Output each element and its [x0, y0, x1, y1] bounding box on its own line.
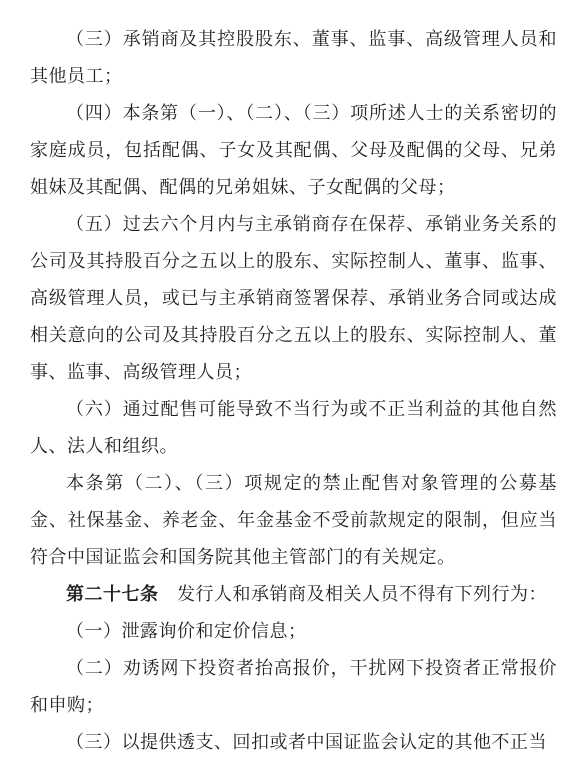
article-27-text: 发行人和承销商及相关人员不得有下列行为：: [159, 584, 548, 604]
prohibited-item-1-paragraph: （一）泄露询价和定价信息；: [30, 613, 557, 650]
prohibited-item-3-paragraph: （三）以提供透支、回扣或者中国证监会认定的其他不正当: [30, 724, 557, 761]
article-27-number: 第二十七条: [66, 584, 159, 604]
clause-5-paragraph: （五）过去六个月内与主承销商存在保荐、承销业务关系的公司及其持股百分之五以上的股…: [30, 206, 557, 391]
clause-4-paragraph: （四）本条第（一）、（二）、（三）项所述人士的关系密切的家庭成员，包括配偶、子女…: [30, 95, 557, 206]
article-27-paragraph: 第二十七条 发行人和承销商及相关人员不得有下列行为：: [30, 576, 557, 613]
prohibited-item-2-paragraph: （二）劝诱网下投资者抬高报价，干扰网下投资者正常报价和申购；: [30, 650, 557, 724]
document-page: （三）承销商及其控股股东、董事、监事、高级管理人员和其他员工； （四）本条第（一…: [0, 0, 587, 778]
clause-3-paragraph: （三）承销商及其控股股东、董事、监事、高级管理人员和其他员工；: [30, 21, 557, 95]
exemption-note-paragraph: 本条第（二）、（三）项规定的禁止配售对象管理的公募基金、社保基金、养老金、年金基…: [30, 465, 557, 576]
clause-6-paragraph: （六）通过配售可能导致不当行为或不正当利益的其他自然人、法人和组织。: [30, 391, 557, 465]
